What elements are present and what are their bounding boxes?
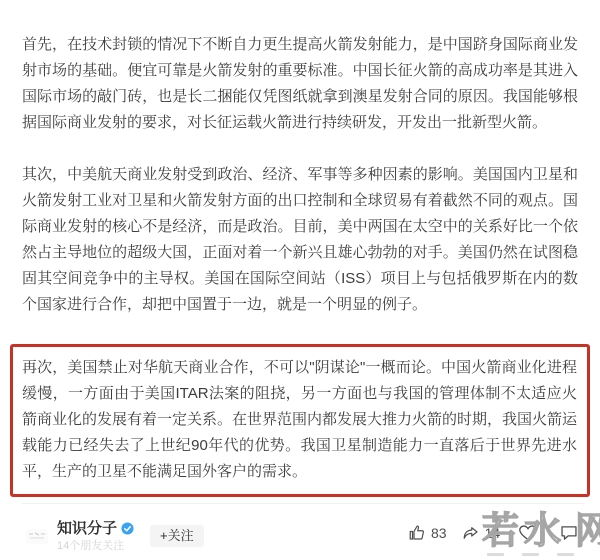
comment-button[interactable] [559, 524, 579, 542]
avatar-logo-icon [28, 531, 46, 541]
author-name-row: 知识分子 [57, 521, 134, 537]
divider [22, 503, 585, 504]
highlight-box: 再次，美国禁止对华航天商业合作，不可以"阴谋论"一概而论。中国火箭商业化进程缓慢… [10, 344, 590, 497]
share-button[interactable] [462, 524, 480, 542]
comment-bubble-icon [559, 524, 579, 542]
avatar[interactable] [26, 529, 48, 544]
paragraph-1: 首先，在技术封锁的情况下不断自力更生提高火箭发射能力，是中国跻身国际商业发射市场… [22, 32, 578, 136]
share-count: 14 [485, 525, 501, 541]
heart-icon [518, 524, 538, 542]
verified-badge-icon [121, 522, 134, 535]
like-button[interactable] [408, 524, 426, 542]
favorite-button[interactable] [518, 524, 538, 542]
like-count: 83 [431, 525, 447, 541]
paragraph-2: 其次，中美航天商业发射受到政治、经济、军事等多种因素的影响。美国国内卫星和火箭发… [22, 162, 578, 318]
paragraph-3-highlighted: 再次，美国禁止对华航天商业合作，不可以"阴谋论"一概而论。中国火箭商业化进程缓慢… [22, 355, 577, 485]
post-page: 首先，在技术封锁的情况下不断自力更生提高火箭发射能力，是中国跻身国际商业发射市场… [0, 0, 600, 560]
footer-bar: 知识分子 14个朋友关注 +关注 83 [26, 516, 600, 556]
thumbs-up-icon [408, 524, 426, 542]
engagement-bar: 83 14 [408, 524, 579, 542]
author-name[interactable]: 知识分子 [57, 521, 117, 537]
author-block: 知识分子 14个朋友关注 [57, 521, 134, 552]
author-subtitle: 14个朋友关注 [57, 540, 134, 552]
follow-button[interactable]: +关注 [150, 525, 204, 547]
article-body: 首先，在技术封锁的情况下不断自力更生提高火箭发射能力，是中国跻身国际商业发射市场… [0, 0, 600, 497]
share-arrow-icon [462, 524, 480, 542]
